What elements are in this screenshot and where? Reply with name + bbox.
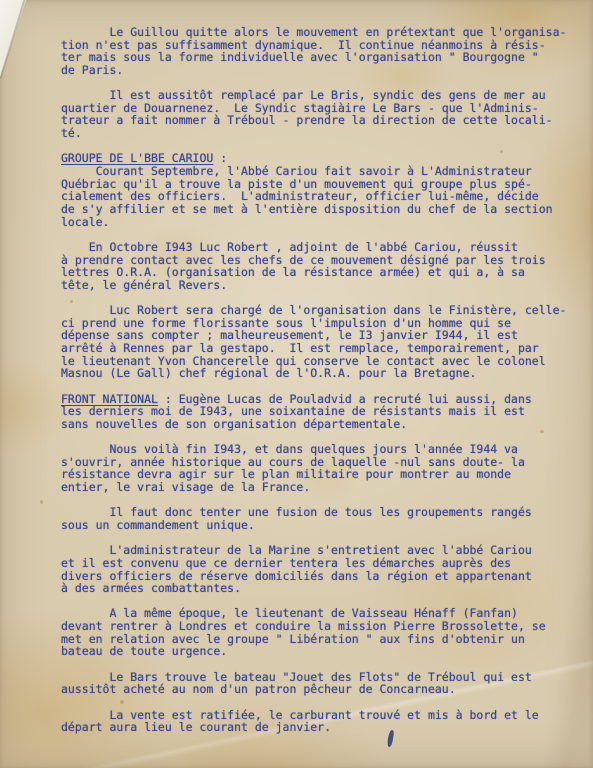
- text-line: de s'y affilier et se met à l'entière di…: [61, 203, 593, 216]
- text-line: té.: [61, 127, 593, 140]
- text-line: de Paris.: [61, 64, 593, 77]
- text-line: Luc Robert sera chargé de l'organisation…: [61, 304, 593, 317]
- text-line: ter mais sous la forme individuelle avec…: [61, 51, 593, 64]
- text-line: et il est convenu que ce dernier tentera…: [61, 557, 593, 570]
- text-line: lettres O.R.A. (organisation de la résis…: [61, 266, 593, 279]
- paragraph-administrateur-marine: L'administrateur de la Marine s'entretie…: [61, 544, 593, 595]
- text-line: En Octobre I943 Luc Robert , adjoint de …: [61, 241, 593, 254]
- text-line: devant rentrer à Londres et conduire la …: [61, 620, 593, 633]
- text-line: Nous voilà fin I943, et dans quelques jo…: [61, 443, 593, 456]
- paper-speckle: [540, 430, 544, 433]
- text-line: Masnou (Le Gall) chef régional de l'O.R.…: [61, 367, 593, 380]
- paragraph-vente-ratifiee: La vente est ratifiée, le carburant trou…: [61, 709, 593, 734]
- text-line: Courant Septembre, l'Abbé Cariou fait sa…: [61, 165, 593, 178]
- scanned-document-page: Le Guillou quitte alors le mouvement en …: [0, 0, 593, 768]
- paragraph-octobre-1943: En Octobre I943 Luc Robert , adjoint de …: [61, 241, 593, 292]
- text-line: sans nouvelles de son organisation dépar…: [61, 418, 593, 431]
- text-line: entier, le vrai visage de la France.: [61, 481, 593, 494]
- text-line: locale.: [61, 216, 593, 229]
- paragraph-le-guillou: Le Guillou quitte alors le mouvement en …: [61, 26, 593, 77]
- text-line: à des armées combattantes.: [61, 582, 593, 595]
- paragraph-jouet-des-flots: Le Bars trouve le bateau "Jouet des Flot…: [61, 671, 593, 696]
- paragraph-henaff: A la même époque, le lieutenant de Vaiss…: [61, 607, 593, 658]
- paragraph-fin-1943: Nous voilà fin I943, et dans quelques jo…: [61, 443, 593, 494]
- text-line: aussitôt acheté au nom d'un patron pêche…: [61, 683, 593, 696]
- document-text: Le Guillou quitte alors le mouvement en …: [61, 26, 593, 734]
- text-line: Il est aussitôt remplacé par Le Bris, sy…: [61, 89, 593, 102]
- text-line: les derniers moi de I943, une soixantain…: [61, 405, 593, 418]
- text-line: départ aura lieu le courant de janvier.: [61, 721, 593, 734]
- paragraph-luc-robert: Luc Robert sera chargé de l'organisation…: [61, 304, 593, 380]
- text-line: arrêté à Rennes par la gestapo. Il est r…: [61, 342, 593, 355]
- text-line: trateur a fait nommer à Tréboul - prendr…: [61, 114, 593, 127]
- paper-speckle: [120, 700, 124, 704]
- paper-speckle: [500, 150, 503, 153]
- text-line: Le Guillou quitte alors le mouvement en …: [61, 26, 593, 39]
- paper-speckle: [70, 300, 73, 303]
- paper-speckle: [300, 640, 303, 643]
- paragraph-fusion: Il faut donc tenter une fusion de tous l…: [61, 506, 593, 531]
- text-line: bateau de toute urgence.: [61, 645, 593, 658]
- paper-speckle: [40, 500, 43, 504]
- paragraph-courant-septembre: Courant Septembre, l'Abbé Cariou fait sa…: [61, 165, 593, 228]
- text-line: L'administrateur de la Marine s'entretie…: [61, 544, 593, 557]
- paragraph-le-bris: Il est aussitôt remplacé par Le Bris, sy…: [61, 89, 593, 140]
- text-line: tête, le général Revers.: [61, 279, 593, 292]
- paragraph-front-national: FRONT NATIONAL : Eugène Lucas de Pouladv…: [61, 393, 593, 431]
- text-line: sous un commandement unique.: [61, 519, 593, 532]
